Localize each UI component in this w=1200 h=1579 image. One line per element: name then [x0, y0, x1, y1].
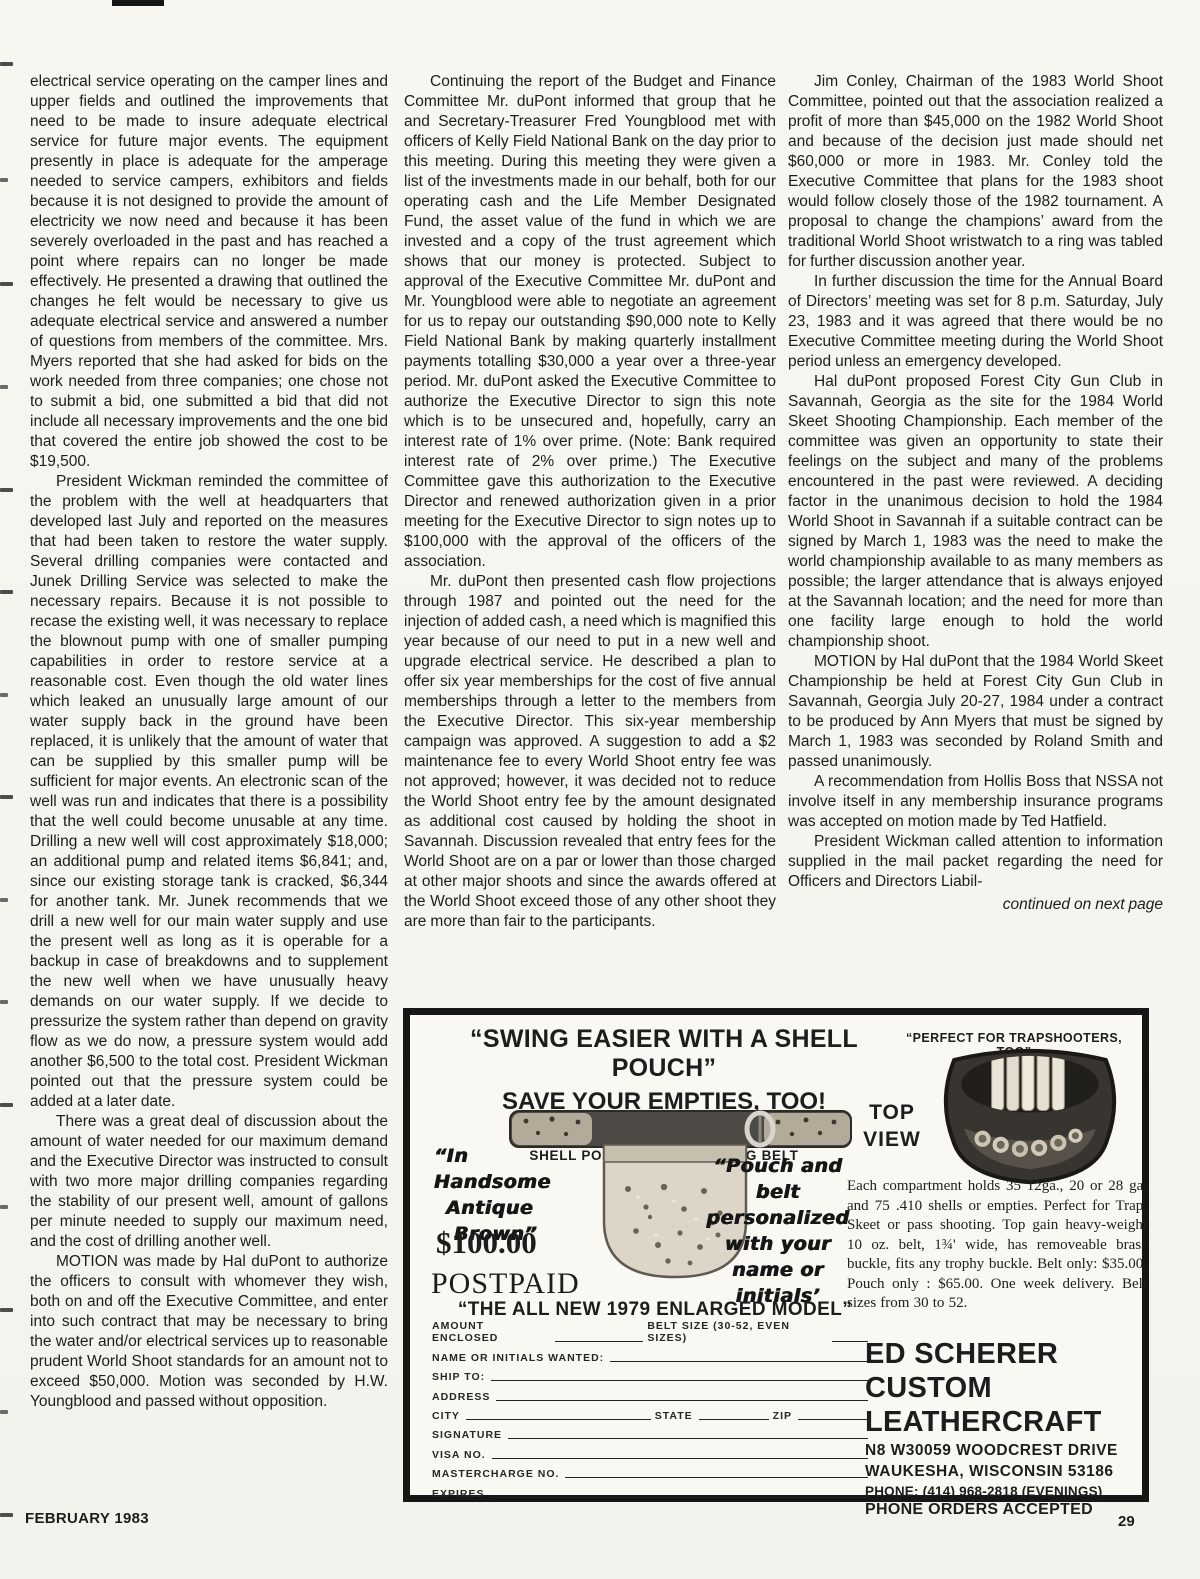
article-paragraph: President Wickman called attention to in… [788, 832, 1163, 892]
advertiser-address: N8 W30059 WOODCREST DRIVE [865, 1442, 1118, 1460]
script-line: with your [698, 1231, 858, 1257]
form-row-address: ADDRESS [432, 1383, 872, 1402]
form-row-city: CITY STATE ZIP [432, 1403, 872, 1422]
advertiser-name: LEATHERCRAFT [865, 1405, 1118, 1439]
top-view-label: TOP VIEW [854, 1099, 930, 1153]
form-row-expires: EXPIRES [432, 1480, 872, 1499]
advertiser-phone: PHONE: (414) 968-2818 (EVENINGS) [865, 1484, 1118, 1499]
order-form: AMOUNT ENCLOSED BELT SIZE (30-52, EVEN S… [432, 1325, 872, 1500]
city-label: CITY [432, 1410, 460, 1422]
margin-tick [0, 1000, 8, 1004]
margin-tick [0, 795, 13, 799]
script-line: “Pouch and belt [698, 1153, 858, 1205]
margin-tick [0, 1205, 8, 1209]
product-description: Each compartment holds 35 12ga., 20 or 2… [847, 1177, 1147, 1314]
scan-mark-top [112, 0, 164, 6]
phone-orders-note: PHONE ORDERS ACCEPTED [865, 1501, 1118, 1519]
belt-size-field [832, 1329, 868, 1342]
signature-label: SIGNATURE [432, 1429, 502, 1441]
article-paragraph: President Wickman reminded the committee… [30, 472, 388, 1112]
margin-tick [0, 282, 13, 286]
name-initials-field [610, 1349, 868, 1362]
article-paragraph: electrical service operating on the camp… [30, 72, 388, 472]
article-paragraph: There was a great deal of discussion abo… [30, 1112, 388, 1252]
ad-headline: “SWING EASIER WITH A SHELL POUCH” [428, 1025, 900, 1083]
form-row-mastercharge: MASTERCHARGE NO. [432, 1461, 872, 1480]
margin-tick [0, 590, 13, 594]
margin-tick [0, 62, 13, 66]
script-line: “In Handsome [434, 1143, 584, 1195]
top-view-label-line: VIEW [854, 1126, 930, 1153]
magazine-page: electrical service operating on the camp… [0, 0, 1200, 1579]
article-paragraph: A recommendation from Hollis Boss that N… [788, 772, 1163, 832]
advertiser-address: WAUKESHA, WISCONSIN 53186 [865, 1463, 1118, 1481]
state-field [699, 1407, 769, 1420]
city-field [466, 1407, 651, 1420]
amount-enclosed-field [555, 1329, 643, 1342]
margin-tick [0, 1513, 13, 1517]
margin-tick [0, 1103, 13, 1107]
script-line: personalized [698, 1205, 858, 1231]
expires-label: EXPIRES [432, 1488, 485, 1500]
article-paragraph: MOTION was made by Hal duPont to authori… [30, 1252, 388, 1412]
advertiser-block: ED SCHERER CUSTOM LEATHERCRAFT N8 W30059… [865, 1337, 1118, 1519]
price: $100.00 [436, 1225, 537, 1261]
article-column-1: electrical service operating on the camp… [30, 72, 388, 1412]
mastercharge-label: MASTERCHARGE NO. [432, 1468, 559, 1480]
belt-size-label: BELT SIZE (30-52, EVEN SIZES) [647, 1320, 826, 1344]
page-number: 29 [1118, 1513, 1135, 1530]
margin-tick [0, 1410, 8, 1414]
name-initials-label: NAME OR INITIALS WANTED: [432, 1352, 604, 1364]
form-row-shipto: SHIP TO: [432, 1364, 872, 1383]
zip-field [798, 1407, 868, 1420]
margin-tick [0, 488, 13, 492]
state-label: STATE [655, 1410, 693, 1422]
article-column-3: Jim Conley, Chairman of the 1983 World S… [788, 72, 1163, 915]
article-column-2: Continuing the report of the Budget and … [404, 72, 776, 932]
advertiser-name: CUSTOM [865, 1371, 1118, 1405]
shell-pouch-advertisement: “SWING EASIER WITH A SHELL POUCH” SAVE Y… [403, 1008, 1149, 1502]
article-paragraph: Mr. duPont then presented cash flow proj… [404, 572, 776, 932]
article-paragraph: MOTION by Hal duPont that the 1984 World… [788, 652, 1163, 772]
article-paragraph: Hal duPont proposed Forest City Gun Club… [788, 372, 1163, 652]
margin-tick [0, 898, 8, 902]
script-line: Antique [446, 1195, 584, 1221]
article-paragraph: Jim Conley, Chairman of the 1983 World S… [788, 72, 1163, 272]
expires-field [491, 1485, 868, 1498]
top-view-label-line: TOP [854, 1099, 930, 1126]
personalized-script: “Pouch and belt personalized with your n… [698, 1153, 858, 1309]
ship-to-field [491, 1368, 868, 1381]
visa-field [492, 1446, 868, 1459]
article-paragraph: In further discussion the time for the A… [788, 272, 1163, 372]
pouch-top-view-photo [934, 1039, 1126, 1187]
model-name: “THE ALL NEW 1979 ENLARGED MODEL” [432, 1299, 878, 1321]
amount-enclosed-label: AMOUNT ENCLOSED [432, 1320, 549, 1344]
margin-tick [0, 1308, 13, 1312]
form-row-name: NAME OR INITIALS WANTED: [432, 1344, 872, 1363]
advertiser-name: ED SCHERER [865, 1337, 1118, 1371]
form-row-signature: SIGNATURE [432, 1422, 872, 1441]
visa-label: VISA NO. [432, 1449, 486, 1461]
margin-tick [0, 693, 8, 697]
margin-tick [0, 385, 8, 389]
issue-date: FEBRUARY 1983 [25, 1510, 149, 1527]
postpaid-label: POSTPAID [431, 1267, 580, 1301]
form-row-amount: AMOUNT ENCLOSED BELT SIZE (30-52, EVEN S… [432, 1325, 872, 1344]
signature-field [508, 1426, 868, 1439]
mastercharge-field [565, 1465, 868, 1478]
ship-to-label: SHIP TO: [432, 1371, 485, 1383]
article-paragraph: Continuing the report of the Budget and … [404, 72, 776, 572]
zip-label: ZIP [773, 1410, 792, 1422]
address-label: ADDRESS [432, 1391, 490, 1403]
margin-tick [0, 178, 8, 182]
continued-notice: continued on next page [788, 895, 1163, 915]
form-row-visa: VISA NO. [432, 1441, 872, 1460]
address-field [496, 1388, 868, 1401]
